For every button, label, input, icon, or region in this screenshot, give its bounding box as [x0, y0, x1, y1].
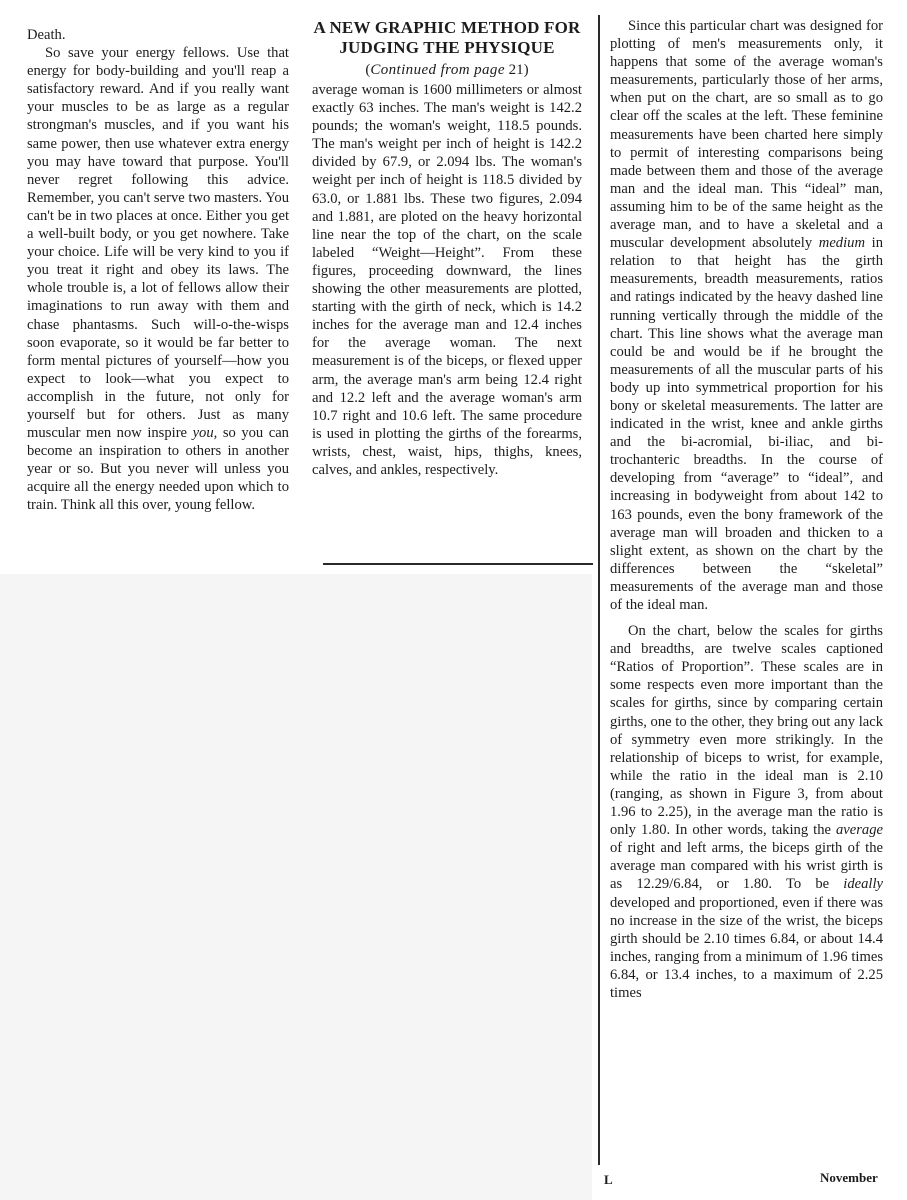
headline-line-1: A NEW GRAPHIC METHOD FOR: [312, 18, 582, 38]
paragraph-ratios-of-proportion: On the chart, below the scales for girth…: [610, 622, 883, 1002]
emphasis-ideally: ideally: [843, 876, 883, 892]
paragraph-save-energy: So save your energy fellows. Use that en…: [27, 44, 289, 514]
emphasis-you: you,: [193, 425, 218, 441]
column-middle: A NEW GRAPHIC METHOD FOR JUDGING THE PHY…: [312, 18, 582, 479]
paragraph-death: Death.: [27, 26, 289, 44]
emphasis-medium: medium: [819, 235, 865, 251]
headline-line-2: JUDGING THE PHYSIQUE: [312, 38, 582, 58]
column-divider-rule: [598, 15, 600, 1165]
emphasis-average: average: [836, 822, 883, 838]
column-left: Death. So save your energy fellows. Use …: [27, 26, 289, 515]
paragraph-average-woman: average woman is 1600 millimeters or alm…: [312, 81, 582, 479]
page-lower-margin: [0, 574, 592, 1200]
column-end-rule: [323, 563, 593, 565]
article-headline: A NEW GRAPHIC METHOD FOR JUDGING THE PHY…: [312, 18, 582, 58]
paragraph-chart-design: Since this particular chart was designed…: [610, 17, 883, 614]
footer-magazine-fragment: L: [604, 1172, 613, 1188]
column-right: Since this particular chart was designed…: [610, 17, 883, 1002]
footer-month: November: [820, 1170, 878, 1186]
continued-from-note: (Continued from page 21): [312, 60, 582, 80]
